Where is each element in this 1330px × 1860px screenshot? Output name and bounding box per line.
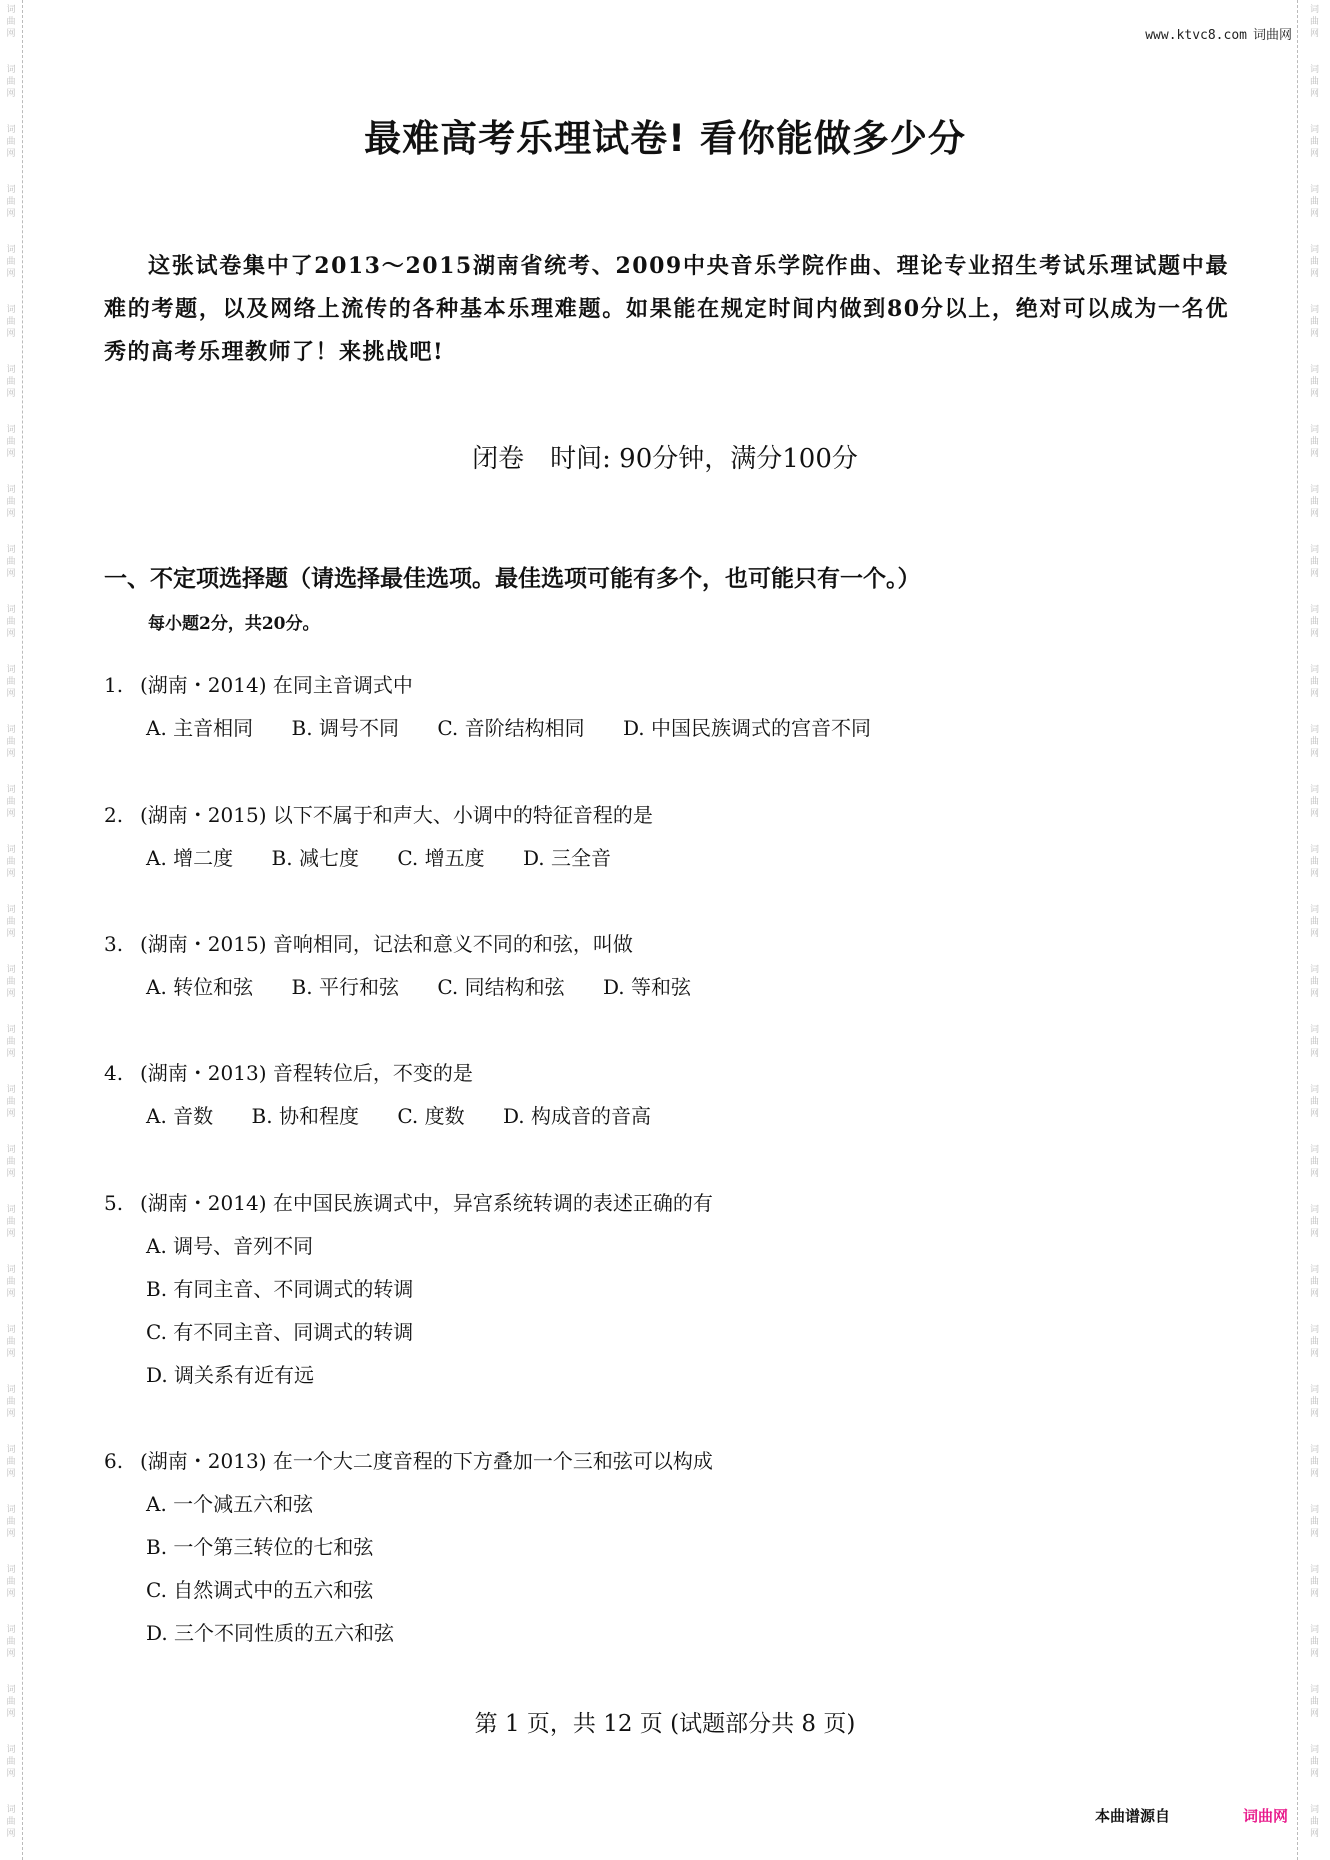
watermark-text: 词曲网	[1298, 304, 1330, 340]
option-c: C. 同结构和弦	[437, 975, 564, 999]
watermark-text: 词曲网	[1298, 964, 1330, 1000]
option-c: C. 自然调式中的五六和弦	[146, 1575, 713, 1605]
watermark-text: 词曲网	[1298, 1144, 1330, 1180]
watermark-text: 词曲网	[0, 964, 22, 1000]
question-4: 4.(湖南・2013) 音程转位后，不变的是 A. 音数 B. 协和程度 C. …	[104, 1058, 683, 1131]
watermark-text: 词曲网	[1298, 244, 1330, 280]
watermark-text: 词曲网	[0, 1024, 22, 1060]
question-stem: 在中国民族调式中，异宫系统转调的表述正确的有	[273, 1191, 713, 1215]
question-stem: 音程转位后，不变的是	[273, 1061, 473, 1085]
question-number: 4.	[104, 1058, 140, 1088]
watermark-text: 词曲网	[0, 724, 22, 760]
watermark-text: 词曲网	[0, 1624, 22, 1660]
watermark-text: 词曲网	[0, 1144, 22, 1180]
option-b: B. 有同主音、不同调式的转调	[146, 1274, 713, 1304]
watermark-text: 词曲网	[0, 1324, 22, 1360]
watermark-text: 词曲网	[0, 604, 22, 640]
watermark-text: 词曲网	[1298, 1204, 1330, 1240]
option-c: C. 音阶结构相同	[437, 716, 584, 740]
watermark-text: 词曲网	[0, 4, 22, 40]
watermark-text: 词曲网	[1298, 544, 1330, 580]
question-stem: 以下不属于和声大、小调中的特征音程的是	[273, 803, 653, 827]
question-5: 5.(湖南・2014) 在中国民族调式中，异宫系统转调的表述正确的有 A. 调号…	[104, 1188, 713, 1390]
option-b: B. 减七度	[272, 846, 359, 870]
option-a: A. 音数	[146, 1104, 213, 1128]
watermark-text: 词曲网	[1298, 184, 1330, 220]
watermark-text: 词曲网	[0, 1084, 22, 1120]
question-source: (湖南・2014)	[140, 1191, 267, 1215]
watermark-text: 词曲网	[0, 844, 22, 880]
watermark-text: 词曲网	[1298, 784, 1330, 820]
watermark-text: 词曲网	[1298, 1564, 1330, 1600]
option-d: D. 构成音的音高	[503, 1104, 651, 1128]
watermark-text: 词曲网	[1298, 1804, 1330, 1840]
option-a: A. 一个减五六和弦	[146, 1489, 713, 1519]
question-stem: 在一个大二度音程的下方叠加一个三和弦可以构成	[273, 1449, 713, 1473]
watermark-text: 词曲网	[1298, 1024, 1330, 1060]
question-stem: 在同主音调式中	[273, 673, 413, 697]
watermark-text: 词曲网	[0, 1564, 22, 1600]
intro-paragraph: 这张试卷集中了2013～2015湖南省统考、2009中央音乐学院作曲、理论专业招…	[104, 245, 1229, 374]
watermark-text: 词曲网	[0, 64, 22, 100]
watermark-text: 词曲网	[1298, 664, 1330, 700]
right-watermark-strip: 词曲网词曲网词曲网词曲网词曲网词曲网词曲网词曲网词曲网词曲网词曲网词曲网词曲网词…	[1297, 0, 1330, 1860]
site-name: 词曲网	[1253, 28, 1292, 43]
watermark-text: 词曲网	[1298, 1444, 1330, 1480]
watermark-text: 词曲网	[0, 364, 22, 400]
watermark-text: 词曲网	[0, 1204, 22, 1240]
watermark-text: 词曲网	[1298, 1504, 1330, 1540]
watermark-text: 词曲网	[1298, 1264, 1330, 1300]
question-number: 6.	[104, 1446, 140, 1476]
question-1: 1.(湖南・2014) 在同主音调式中 A. 主音相同 B. 调号不同 C. 音…	[104, 670, 903, 743]
question-source: (湖南・2015)	[140, 803, 267, 827]
question-source: (湖南・2015)	[140, 932, 267, 956]
intro-text: 这张试卷集中了2013～2015湖南省统考、2009中央音乐学院作曲、理论专业招…	[104, 245, 1229, 374]
question-number: 3.	[104, 929, 140, 959]
section-title: 一、不定项选择题（请选择最佳选项。最佳选项可能有多个，也可能只有一个。）	[104, 560, 921, 593]
exam-info: 闭卷时间: 90分钟，满分100分	[0, 438, 1330, 475]
watermark-text: 词曲网	[1298, 364, 1330, 400]
watermark-text: 词曲网	[0, 544, 22, 580]
option-d: D. 三个不同性质的五六和弦	[146, 1618, 713, 1648]
watermark-text: 词曲网	[1298, 1624, 1330, 1660]
watermark-text: 词曲网	[1298, 904, 1330, 940]
option-d: D. 三全音	[523, 846, 611, 870]
page-title: 最难高考乐理试卷! 看你能做多少分	[0, 108, 1330, 162]
option-a: A. 转位和弦	[146, 975, 253, 999]
option-b: B. 协和程度	[252, 1104, 359, 1128]
question-3: 3.(湖南・2015) 音响相同，记法和意义不同的和弦，叫做 A. 转位和弦 B…	[104, 929, 723, 1002]
site-tag: www.ktvc8.com词曲网	[1145, 24, 1292, 43]
option-b: B. 调号不同	[292, 716, 399, 740]
option-a: A. 主音相同	[146, 716, 253, 740]
option-a: A. 增二度	[146, 846, 233, 870]
question-number: 2.	[104, 800, 140, 830]
watermark-text: 词曲网	[0, 664, 22, 700]
watermark-text: 词曲网	[1298, 724, 1330, 760]
page-footer: 第 1 页，共 12 页 (试题部分共 8 页)	[0, 1705, 1330, 1738]
option-d: D. 调关系有近有远	[146, 1360, 713, 1390]
option-c: C. 度数	[397, 1104, 464, 1128]
watermark-text: 词曲网	[1298, 1324, 1330, 1360]
option-d: D. 等和弦	[603, 975, 691, 999]
watermark-text: 词曲网	[1298, 604, 1330, 640]
watermark-text: 词曲网	[1298, 1384, 1330, 1420]
site-url: www.ktvc8.com	[1145, 28, 1247, 43]
watermark-text: 词曲网	[1298, 484, 1330, 520]
question-number: 5.	[104, 1188, 140, 1218]
watermark-text: 词曲网	[1298, 4, 1330, 40]
watermark-text: 词曲网	[0, 304, 22, 340]
option-b: B. 平行和弦	[292, 975, 399, 999]
watermark-text: 词曲网	[0, 1504, 22, 1540]
option-c: C. 有不同主音、同调式的转调	[146, 1317, 713, 1347]
watermark-text: 词曲网	[0, 1384, 22, 1420]
exam-time: 时间: 90分钟，满分100分	[550, 444, 858, 474]
source-label: 本曲谱源自	[1095, 1805, 1170, 1826]
watermark-text: 词曲网	[1298, 64, 1330, 100]
watermark-text: 词曲网	[1298, 1744, 1330, 1780]
watermark-text: 词曲网	[0, 244, 22, 280]
question-6: 6.(湖南・2013) 在一个大二度音程的下方叠加一个三和弦可以构成 A. 一个…	[104, 1446, 713, 1648]
question-stem: 音响相同，记法和意义不同的和弦，叫做	[273, 932, 633, 956]
watermark-text: 词曲网	[0, 484, 22, 520]
watermark-text: 词曲网	[0, 1744, 22, 1780]
watermark-text: 词曲网	[0, 1444, 22, 1480]
question-source: (湖南・2013)	[140, 1061, 267, 1085]
watermark-text: 词曲网	[0, 1804, 22, 1840]
option-a: A. 调号、音列不同	[146, 1231, 713, 1261]
watermark-text: 词曲网	[0, 1264, 22, 1300]
watermark-text: 词曲网	[0, 784, 22, 820]
option-c: C. 增五度	[397, 846, 484, 870]
watermark-text: 词曲网	[1298, 844, 1330, 880]
question-2: 2.(湖南・2015) 以下不属于和声大、小调中的特征音程的是 A. 增二度 B…	[104, 800, 653, 873]
section-subtitle: 每小题2分，共20分。	[148, 609, 320, 634]
watermark-text: 词曲网	[1298, 1084, 1330, 1120]
source-brand-link[interactable]: 词曲网	[1243, 1805, 1288, 1826]
watermark-text: 词曲网	[0, 184, 22, 220]
question-source: (湖南・2013)	[140, 1449, 267, 1473]
exam-type: 闭卷	[472, 444, 524, 474]
option-b: B. 一个第三转位的七和弦	[146, 1532, 713, 1562]
left-watermark-strip: 词曲网词曲网词曲网词曲网词曲网词曲网词曲网词曲网词曲网词曲网词曲网词曲网词曲网词…	[0, 0, 23, 1860]
question-number: 1.	[104, 670, 140, 700]
question-source: (湖南・2014)	[140, 673, 267, 697]
watermark-text: 词曲网	[0, 904, 22, 940]
option-d: D. 中国民族调式的宫音不同	[623, 716, 871, 740]
